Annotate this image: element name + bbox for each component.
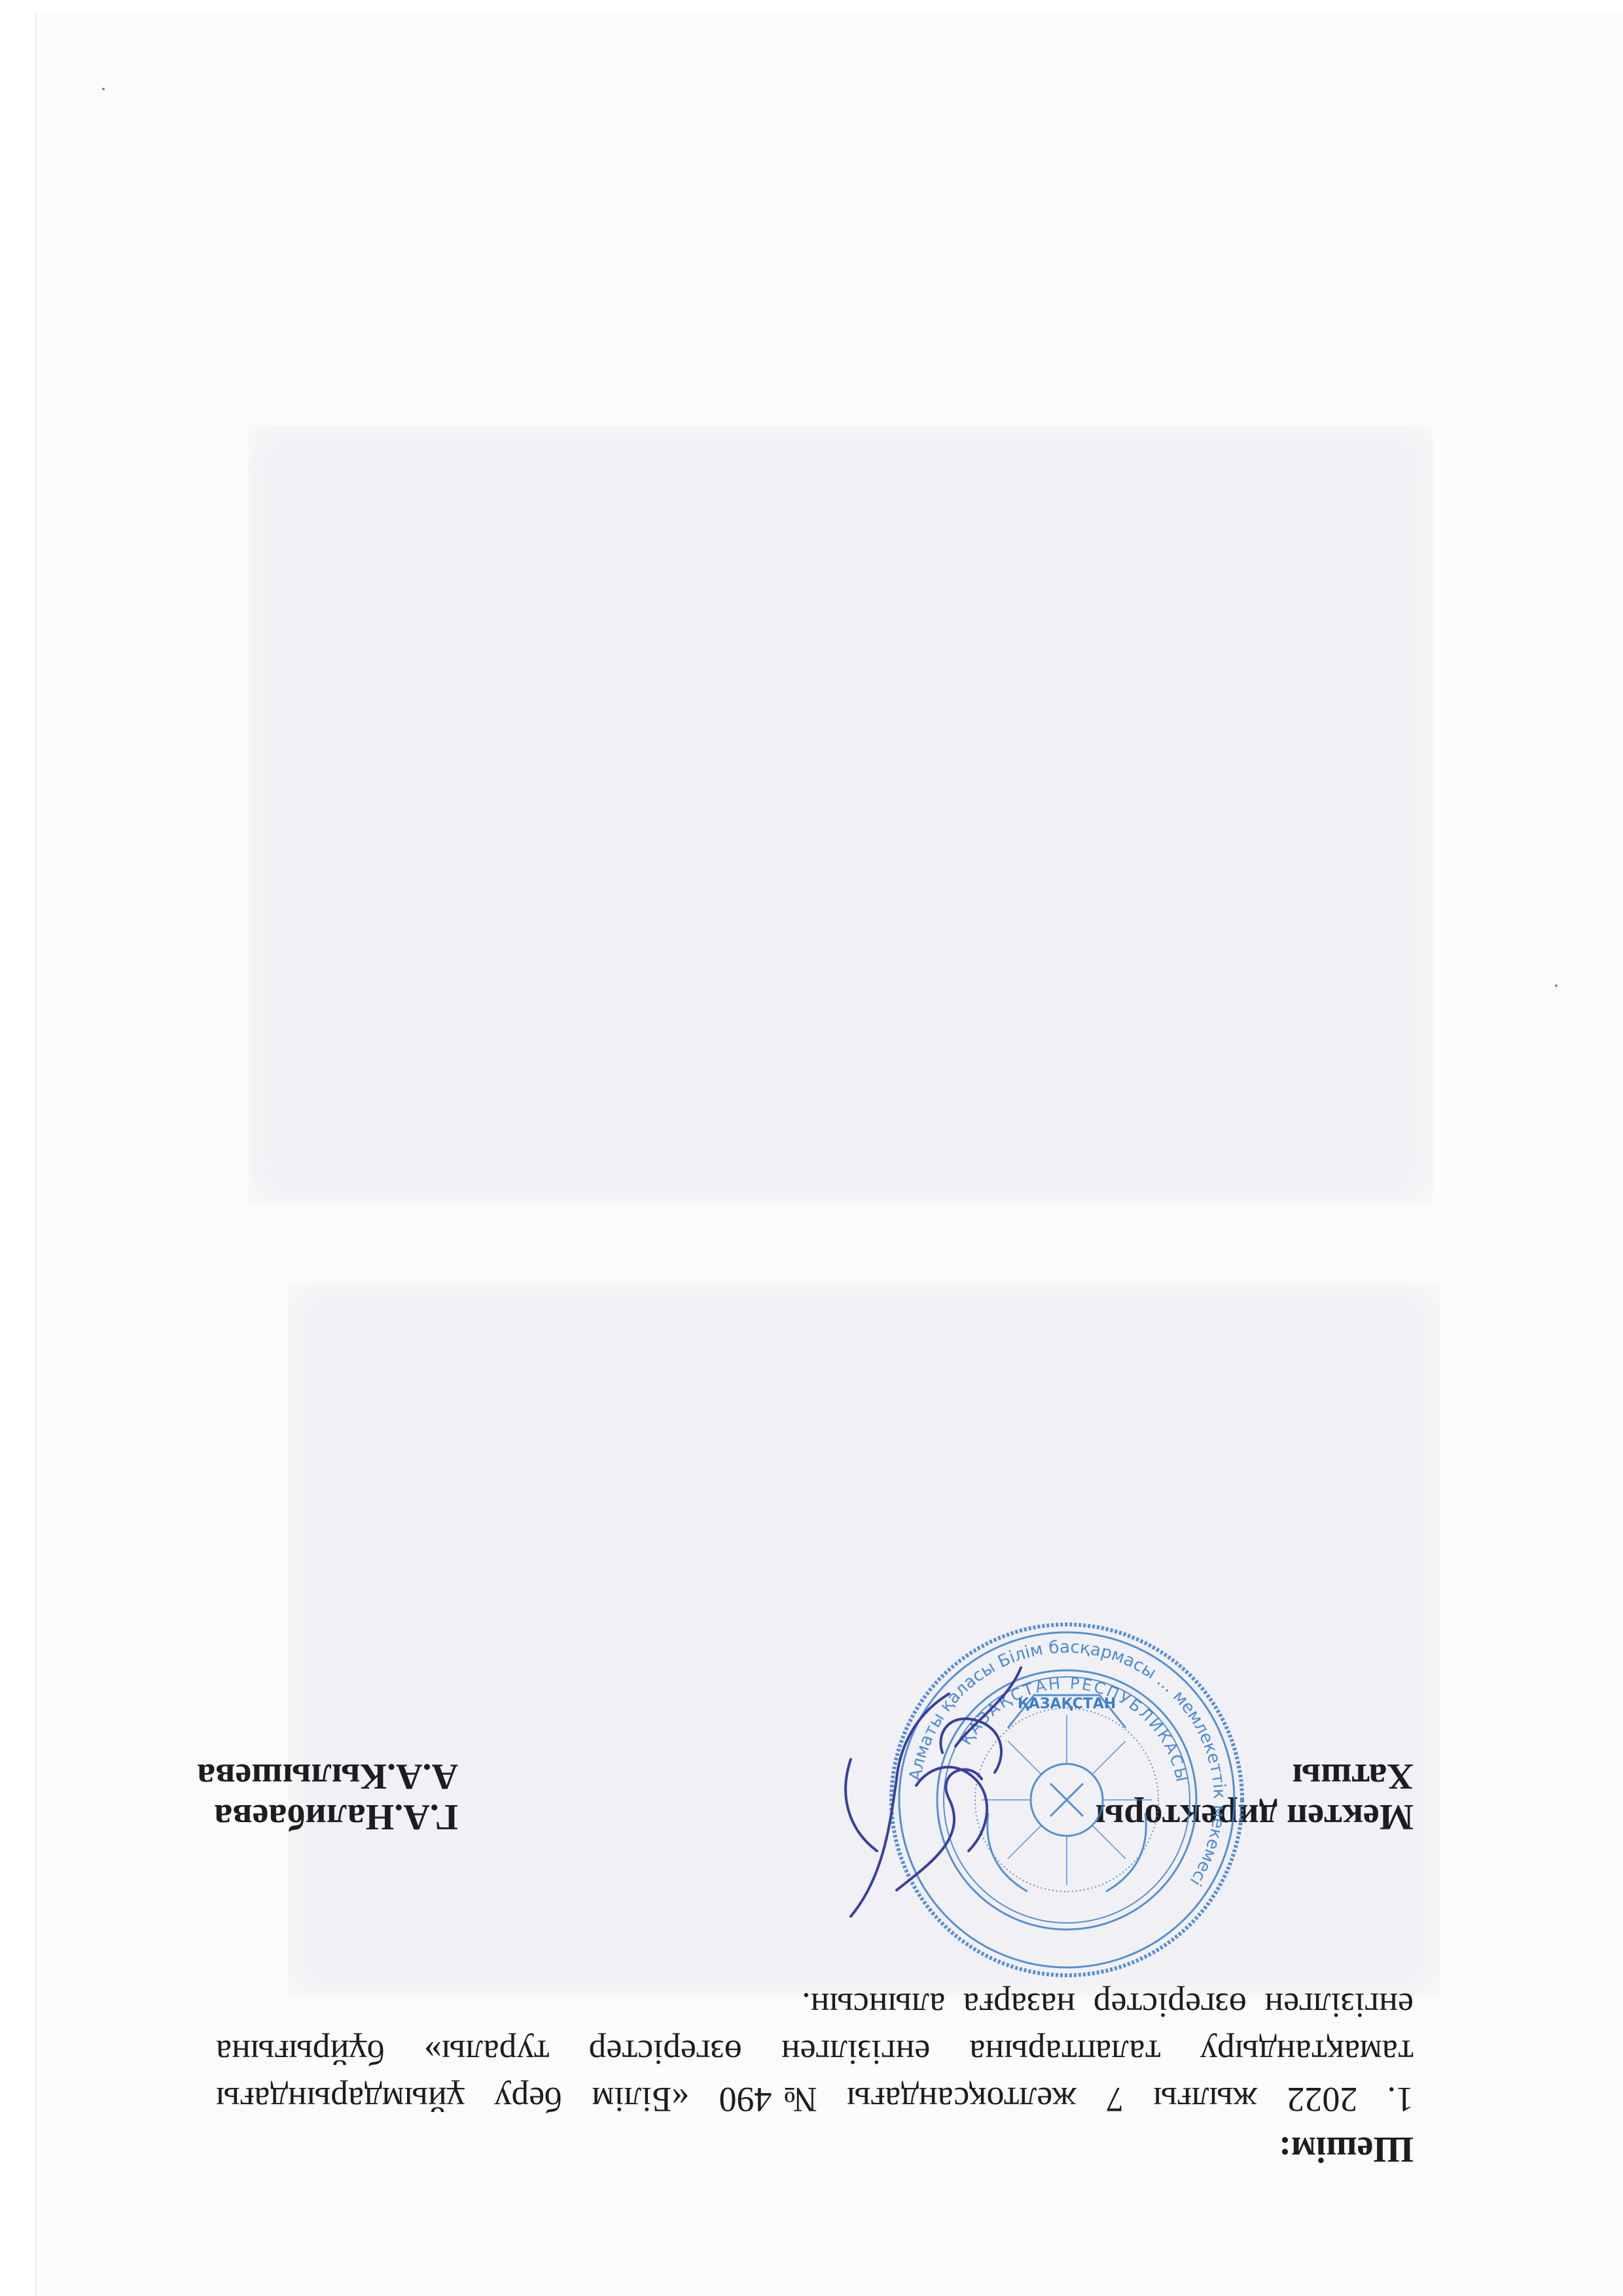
scan-speck <box>1555 984 1558 987</box>
scan-speck <box>102 88 105 90</box>
decision-section: Шешім: 1. 2022 жылғы 7 желтоқсандағы №49… <box>216 1982 1414 2172</box>
decision-title: Шешім: <box>216 2127 1414 2172</box>
decision-line: 1. 2022 жылғы 7 желтоқсандағы №490 «Білі… <box>216 2076 1414 2123</box>
decision-line: тамақтандыру талаптарына енгізілген өзге… <box>216 2029 1414 2076</box>
document-page: Шешім: 1. 2022 жылғы 7 желтоқсандағы №49… <box>0 0 1623 2296</box>
decision-line: енгізілген өзгерістер назарға алынсын. <box>216 1982 1414 2029</box>
show-through-region <box>249 425 1433 1204</box>
handwritten-signature <box>811 1655 1047 1929</box>
director-name: Г.А.Налибаева <box>214 1796 458 1838</box>
secretary-name: А.А.Кылышева <box>197 1755 458 1797</box>
scan-edge-top <box>0 0 1623 13</box>
decision-item-1: 1. 2022 жылғы 7 желтоқсандағы №490 «Білі… <box>216 1982 1414 2123</box>
scan-edge <box>0 0 37 2296</box>
secretary-role: Хатшы <box>1293 1755 1414 1797</box>
